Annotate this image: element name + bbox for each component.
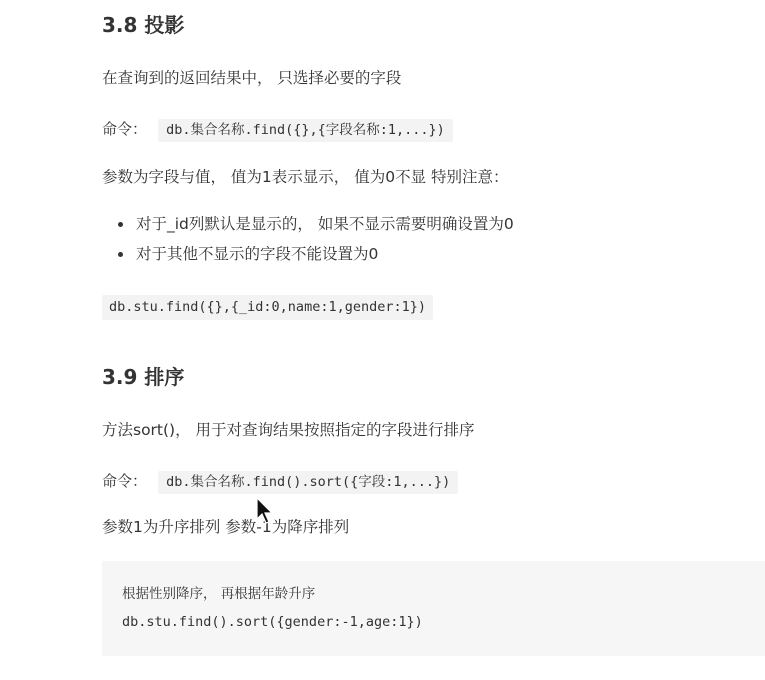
command-code: db.集合名称.find({},{字段名称:1,...}) bbox=[158, 119, 453, 142]
command-label: 命令： bbox=[102, 472, 147, 490]
params-text-sort: 参数1为升序排列 参数-1为降序排列 bbox=[102, 515, 349, 537]
list-item: 对于_id列默认是显示的， 如果不显示需要明确设置为0 bbox=[116, 209, 514, 239]
list-item: 对于其他不显示的字段不能设置为0 bbox=[116, 239, 514, 269]
code-comment: 根据性别降序， 再根据年龄升序 bbox=[122, 582, 315, 602]
command-code: db.集合名称.find().sort({字段:1,...}) bbox=[158, 471, 458, 494]
params-text-projection: 参数为字段与值， 值为1表示显示， 值为0不显 特别注意： bbox=[102, 165, 509, 187]
command-label: 命令： bbox=[102, 120, 147, 138]
notes-list: 对于_id列默认是显示的， 如果不显示需要明确设置为0 对于其他不显示的字段不能… bbox=[116, 209, 514, 269]
section-heading-projection: 3.8 投影 bbox=[102, 9, 184, 38]
command-line-sort: 命令： db.集合名称.find().sort({字段:1,...}) bbox=[102, 470, 458, 491]
example-code-projection: db.stu.find({},{_id:0,name:1,gender:1}) bbox=[102, 296, 433, 315]
mouse-pointer-icon bbox=[256, 497, 276, 525]
example-code: db.stu.find({},{_id:0,name:1,gender:1}) bbox=[102, 295, 433, 320]
command-line-projection: 命令： db.集合名称.find({},{字段名称:1,...}) bbox=[102, 118, 453, 139]
section-intro-projection: 在查询到的返回结果中， 只选择必要的字段 bbox=[102, 66, 401, 88]
section-heading-sort: 3.9 排序 bbox=[102, 361, 184, 390]
code-line: db.stu.find().sort({gender:-1,age:1}) bbox=[122, 614, 423, 630]
section-intro-sort: 方法sort()， 用于对查询结果按照指定的字段进行排序 bbox=[102, 418, 475, 440]
example-code-block: 根据性别降序， 再根据年龄升序 db.stu.find().sort({gend… bbox=[102, 561, 765, 656]
